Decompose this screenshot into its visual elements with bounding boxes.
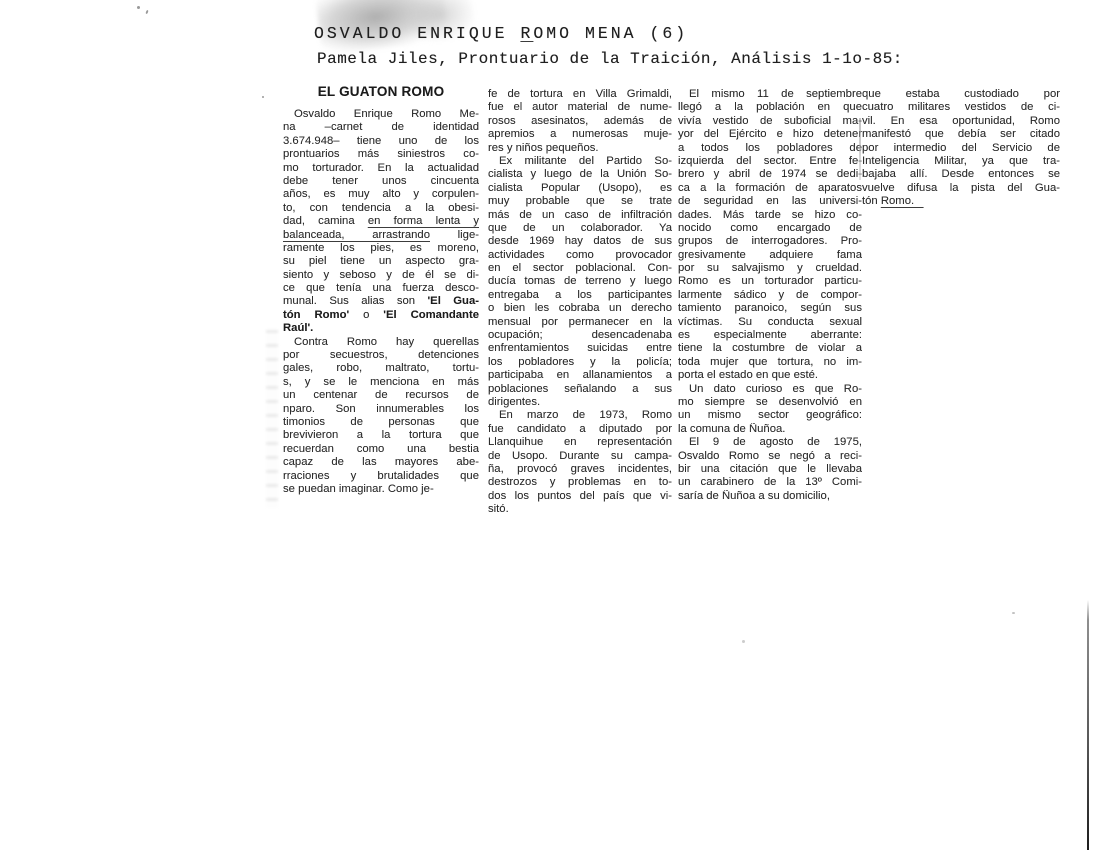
- text-line: dos los puntos del país que vi-: [488, 490, 672, 503]
- text-line: ducía tomas de terreno y luego: [488, 275, 672, 288]
- text-line: yor del Ejército e hizo detener: [678, 128, 862, 141]
- text-line: ramente los pies, es moreno,: [283, 242, 479, 255]
- text-line: fue candidato a diputado por: [488, 423, 672, 436]
- article-column-4: que estaba custodiado porcuatro militare…: [862, 88, 1060, 209]
- text-line: manifestó que debía ser citado: [862, 128, 1060, 141]
- document-subtitle: Pamela Jiles, Prontuario de la Traición,…: [317, 50, 903, 68]
- text-line: dad, camina en forma lenta y: [283, 215, 479, 228]
- text-line: un carabinero de la 13º Comi-: [678, 476, 862, 489]
- text-line: muy probable que se trate: [488, 195, 672, 208]
- text-line: a todos los pobladores de: [678, 142, 862, 155]
- text-line: entregaba a los participantes: [488, 289, 672, 302]
- text-line: bir una citación que le llevaba: [678, 463, 862, 476]
- text-line: dirigentes.: [488, 396, 672, 409]
- text-line: tón Romo' o 'El Comandante: [283, 309, 479, 322]
- text-line: porta el estado en que esté.: [678, 369, 862, 382]
- text-line: to, con tendencia a la obesi-: [283, 202, 479, 215]
- scan-speck: [145, 10, 148, 14]
- underlined-text: R: [520, 24, 533, 43]
- text-line: gresivamente adquiere fama: [678, 249, 862, 262]
- text-line: mo siempre se desenvolvió en: [678, 396, 862, 409]
- text-line: enfrentamientos suicidas entre: [488, 342, 672, 355]
- text-line: 3.674.948– tiene uno de los: [283, 135, 479, 148]
- text-line: Inteligencia Militar, ya que tra-: [862, 155, 1060, 168]
- text-line: grupos de interrogadores. Pro-: [678, 235, 862, 248]
- article-column-1: EL GUATON ROMOOsvaldo Enrique Romo Me-na…: [283, 85, 479, 496]
- bold-text: 'El Comandante: [383, 309, 479, 321]
- text-line: s, y se le menciona en más: [283, 376, 479, 389]
- scan-speck: [137, 6, 140, 9]
- text-line: tiene la costumbre de violar a: [678, 342, 862, 355]
- text-line: por secuestros, detenciones: [283, 349, 479, 362]
- text-line: Osvaldo Enrique Romo Me-: [283, 108, 479, 121]
- text-line: poblaciones señalando a sus: [488, 383, 672, 396]
- text-line: sitó.: [488, 503, 672, 516]
- text-line: recuerdan como una bestia: [283, 443, 479, 456]
- text-line: llegó a la población en que: [678, 101, 862, 114]
- text-line: balanceada, arrastrando lige-: [283, 229, 479, 242]
- text-line: rosos asesinatos, además de: [488, 115, 672, 128]
- text-line: fue el autor material de nume-: [488, 101, 672, 114]
- text-line: por intermedio del Servicio de: [862, 142, 1060, 155]
- underlined-text: balanceada, arrastrando: [283, 229, 430, 241]
- underlined-text: Romo.: [881, 195, 924, 207]
- article-column-2: fe de tortura en Villa Grimaldi,fue el a…: [488, 88, 672, 517]
- text-line: tón Romo.: [862, 195, 1060, 208]
- text-line: siento y seboso y de él se di-: [283, 269, 479, 282]
- text-line: fe de tortura en Villa Grimaldi,: [488, 88, 672, 101]
- text-line: dades. Más tarde se hizo co-: [678, 209, 862, 222]
- text-line: larmente sádico y de compor-: [678, 289, 862, 302]
- text-line: en el sector poblacional. Con-: [488, 262, 672, 275]
- text-line: res y niños pequeños.: [488, 142, 672, 155]
- text-line: destrozos y problemas en to-: [488, 476, 672, 489]
- text-line: ocupación; desencadenaba: [488, 329, 672, 342]
- text-line: brevivieron a la tortura que: [283, 429, 479, 442]
- text-line: se puedan imaginar. Como je-: [283, 483, 479, 496]
- text-line: Contra Romo hay querellas: [283, 336, 479, 349]
- text-line: o bien les cobraba un derecho: [488, 302, 672, 315]
- text-line: ña, provocó graves incidentes,: [488, 463, 672, 476]
- text-line: na –carnet de identidad: [283, 121, 479, 134]
- text-line: víctimas. Su conducta sexual: [678, 316, 862, 329]
- scan-speck: [742, 640, 745, 643]
- text-line: debe tener unos cincuenta: [283, 175, 479, 188]
- text-line: timonios de personas que: [283, 416, 479, 429]
- text-line: ce que tenía una fuerza desco-: [283, 282, 479, 295]
- text-line: bajaba allí. Desde entonces se: [862, 168, 1060, 181]
- bold-text: Raúl'.: [283, 322, 313, 334]
- text-line: En marzo de 1973, Romo: [488, 409, 672, 422]
- text-line: cialista Popular (Usopo), es: [488, 182, 672, 195]
- text-line: participaba en allanamientos a: [488, 369, 672, 382]
- scan-margin-smear: [266, 330, 278, 508]
- text-line: que de un colaborador. Ya: [488, 222, 672, 235]
- text-line: nparo. Son innumerables los: [283, 403, 479, 416]
- scan-speck: [1012, 612, 1015, 614]
- article-headline: EL GUATON ROMO: [283, 85, 479, 103]
- text-line: por su salvajismo y crueldad.: [678, 262, 862, 275]
- text-line: brero y abril de 1974 se dedi-: [678, 168, 862, 181]
- scan-edge-line: [1087, 600, 1089, 850]
- text-line: los pobladores y la policía;: [488, 356, 672, 369]
- text-line: vuelve difusa la pista del Gua-: [862, 182, 1060, 195]
- text-line: saría de Ñuñoa a su domicilio,: [678, 490, 862, 503]
- text-line: toda mujer que tortura, no im-: [678, 356, 862, 369]
- text-line: de seguridad en las universi-: [678, 195, 862, 208]
- text-line: Osvaldo Romo se negó a reci-: [678, 450, 862, 463]
- text-line: que estaba custodiado por: [862, 88, 1060, 101]
- bold-text: 'El Gua-: [427, 295, 479, 307]
- text-line: cialista y luego de la Unión So-: [488, 168, 672, 181]
- text-line: Ex militante del Partido So-: [488, 155, 672, 168]
- text-line: es especialmente aberrante:: [678, 329, 862, 342]
- text-line: un centenar de recursos de: [283, 389, 479, 402]
- text-line: nocido como encargado de: [678, 222, 862, 235]
- text-line: su piel tiene un aspecto gra-: [283, 255, 479, 268]
- text-line: prontuarios más siniestros co-: [283, 148, 479, 161]
- text-line: Llanquihue en representación: [488, 436, 672, 449]
- text-line: rraciones y brutalidades que: [283, 470, 479, 483]
- text-line: apremios a numerosas muje-: [488, 128, 672, 141]
- text-line: años, es muy alto y corpulen-: [283, 188, 479, 201]
- text-line: El mismo 11 de septiembre: [678, 88, 862, 101]
- text-line: Romo es un torturador particu-: [678, 275, 862, 288]
- text-line: mensual por permanecer en la: [488, 316, 672, 329]
- bold-text: tón Romo': [283, 309, 349, 321]
- text-line: gales, robo, maltrato, tortu-: [283, 362, 479, 375]
- text-line: cuatro militares vestidos de ci-: [862, 101, 1060, 114]
- text-line: capaz de las mayores abe-: [283, 456, 479, 469]
- text-line: El 9 de agosto de 1975,: [678, 436, 862, 449]
- text-line: vil. En esa oportunidad, Romo: [862, 115, 1060, 128]
- text-line: actividades como provocador: [488, 249, 672, 262]
- scanned-newspaper-clipping: OSVALDO ENRIQUE ROMO MENA (6) Pamela Jil…: [0, 0, 1100, 850]
- article-column-3: El mismo 11 de septiembrellegó a la pobl…: [678, 88, 862, 503]
- text-line: mo torturador. En la actualidad: [283, 162, 479, 175]
- underlined-text: en forma lenta y: [368, 215, 479, 227]
- text-line: Un dato curioso es que Ro-: [678, 383, 862, 396]
- text-line: de Usopo. Durante su campa-: [488, 450, 672, 463]
- text-line: Raúl'.: [283, 322, 479, 335]
- text-line: un mismo sector geográfico:: [678, 409, 862, 422]
- text-line: munal. Sus alias son 'El Gua-: [283, 295, 479, 308]
- document-title: OSVALDO ENRIQUE ROMO MENA (6): [314, 24, 688, 43]
- text-line: más de un caso de infiltración: [488, 209, 672, 222]
- text-line: la comuna de Ñuñoa.: [678, 423, 862, 436]
- text-line: desde 1969 hay datos de sus: [488, 235, 672, 248]
- text-line: izquierda del sector. Entre fe-: [678, 155, 862, 168]
- clipping-edge-mark: [859, 118, 861, 180]
- text-line: ca a la formación de aparatos: [678, 182, 862, 195]
- scan-speck: [262, 96, 264, 98]
- text-line: tamiento paranoico, según sus: [678, 302, 862, 315]
- text-line: vivía vestido de suboficial ma-: [678, 115, 862, 128]
